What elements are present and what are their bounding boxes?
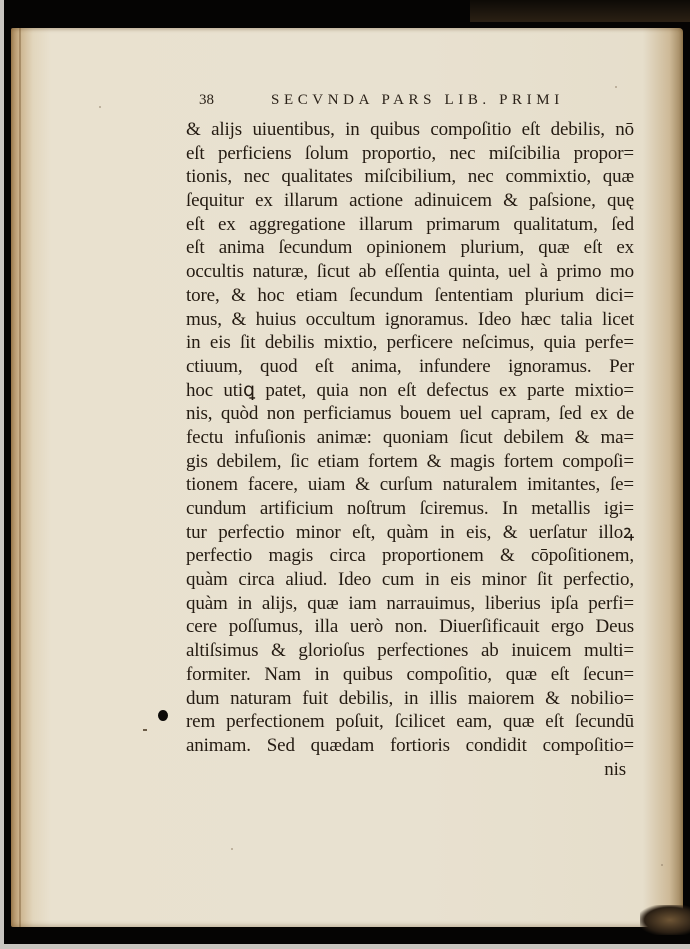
text-line: in eis ſit debilis mixtio, perficere neſ…: [186, 331, 634, 355]
text-line: quàm circa aliud. Ideo cum in eis minor …: [186, 568, 634, 592]
scan-border-bottom: [0, 944, 690, 949]
catchword: nis: [186, 758, 634, 782]
text-line: gis debilem, ſic etiam fortem & magis fo…: [186, 450, 634, 474]
text-line: altiſsimus & glorioſus perfectiones ab i…: [186, 639, 634, 663]
paper-speck: [615, 86, 617, 88]
paper-speck: [99, 106, 101, 108]
text-line: rem perfectionem poſuit, ſcilicet eam, q…: [186, 710, 634, 734]
text-line: fectu infuſionis animæ: quoniam ſicut de…: [186, 426, 634, 450]
text-line: formiter. Nam in quibus compoſitio, quæ …: [186, 663, 634, 687]
text-line: animam. Sed quædam fortioris condidit co…: [186, 734, 634, 758]
text-line: ſequitur ex illarum actione adinuicem & …: [186, 189, 634, 213]
text-line: perfectio magis circa proportionem & cōp…: [186, 544, 634, 568]
text-line: ctiuum, quod eſt anima, infundere ignora…: [186, 355, 634, 379]
text-line: tionis, nec qualitates miſcibilium, nec …: [186, 165, 634, 189]
running-head: 38 SECVNDA PARS LIB. PRIMI: [199, 92, 629, 114]
text-line: occultis naturæ, ſicut ab eſſentia quint…: [186, 260, 634, 284]
paper-speck: [661, 864, 663, 866]
scan-shadow-top: [470, 0, 690, 22]
text-line: dum naturam fuit debilis, in illis maior…: [186, 687, 634, 711]
text-line: cere poſſumus, illa uerò non. Diuerſific…: [186, 615, 634, 639]
gutter-shadow: [19, 28, 21, 927]
page-number: 38: [199, 92, 214, 109]
text-line: cundum artificium noſtrum ſciremus. In m…: [186, 497, 634, 521]
scan-border-left: [0, 0, 4, 949]
text-line: hoc utiꝗ patet, quia non eſt defectus ex…: [186, 379, 634, 403]
margin-ink-dot: [158, 710, 168, 721]
text-line: quàm in alijs, quæ iam narrauimus, liber…: [186, 592, 634, 616]
paper-speck: [231, 848, 233, 850]
text-line: mus, & huius occultum ignoramus. Ideo hæ…: [186, 308, 634, 332]
text-line: & alijs uiuentibus, in quibus compoſitio…: [186, 118, 634, 142]
text-line: eſt ex aggregatione illarum primarum qua…: [186, 213, 634, 237]
page-corner-shadow: [640, 905, 690, 935]
text-line: tore, & hoc etiam ſecundum ſententiam pl…: [186, 284, 634, 308]
text-line: nis, quòd non perficiamus bouem uel capr…: [186, 402, 634, 426]
running-title: SECVNDA PARS LIB. PRIMI: [271, 92, 564, 109]
margin-mark: [143, 729, 147, 731]
text-line: eſt perficiens ſolum proportio, nec miſc…: [186, 142, 634, 166]
text-line: tur perfectio minor eſt, quàm in eis, & …: [186, 521, 634, 545]
text-line: eſt anima ſecundum opinionem plurium, qu…: [186, 236, 634, 260]
body-text: & alijs uiuentibus, in quibus compoſitio…: [186, 118, 634, 781]
text-line: tionem facere, uiam & curſum naturalem i…: [186, 473, 634, 497]
